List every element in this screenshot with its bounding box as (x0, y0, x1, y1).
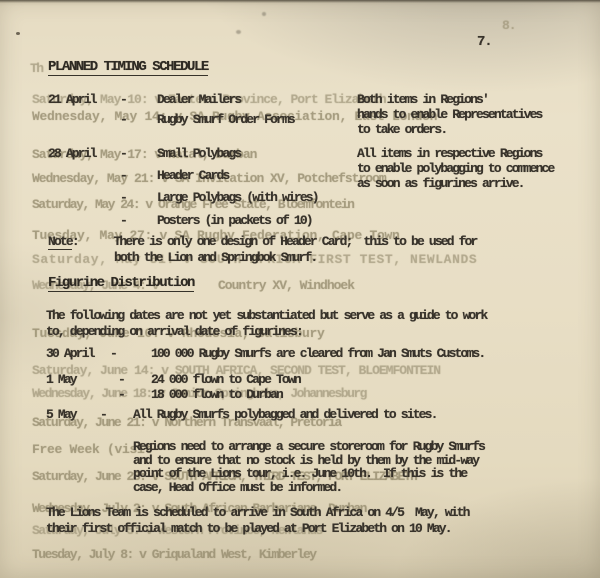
dash: - (118, 388, 124, 401)
schedule-item: Posters (in packets of 10) (157, 214, 312, 227)
dash: - (120, 191, 126, 204)
schedule-item: Rugby Smurf Order Forms (157, 113, 294, 126)
figurine-item: 24 000 flown to Cape Town (151, 373, 300, 386)
note-line: Note: There is only one design of Header… (48, 235, 477, 250)
paragraph-line: The Lions Team is scheduled to arrive in… (46, 506, 469, 519)
document-heading: PLANNED TIMING SCHEDULE (48, 61, 208, 76)
figurine-date: 1 May (46, 373, 76, 386)
heading-text: PLANNED TIMING SCHEDULE (48, 61, 208, 76)
schedule-item: Dealer Mailers (157, 93, 240, 106)
schedule-note-line: as soon as figurines arrive. (357, 177, 524, 190)
paper-speck (236, 30, 241, 34)
figurine-date: 5 May (46, 408, 76, 421)
schedule-date: 21 April (48, 93, 96, 106)
schedule-note-line: to take orders. (357, 123, 446, 136)
schedule-note-line: All items in respective Regions (357, 147, 542, 160)
figurine-date: 30 April (46, 347, 94, 360)
paragraph-line: case, Head Office must be informed. (133, 481, 341, 494)
dash: - (120, 113, 126, 126)
paragraph-line: to, depending on arrival date of figurin… (46, 325, 302, 338)
paper-top-edge-shadow (0, 0, 600, 3)
figurine-item: 100 000 Rugby Smurfs are cleared from Ja… (151, 347, 484, 360)
section-heading: Figurine Distribution (48, 277, 194, 292)
dash: - (100, 408, 106, 421)
paper-speck (262, 12, 266, 16)
paper-speck (16, 32, 20, 35)
figurine-item: 18 000 flown to Durban (151, 388, 282, 401)
dash: - (110, 347, 116, 360)
dash: - (118, 373, 124, 386)
schedule-note-line: Both items in Regions' (357, 93, 488, 106)
schedule-date: 28 April (48, 147, 96, 160)
paragraph-line: point of the Lions tour, i.e. June 10th.… (133, 467, 466, 480)
paragraph-line: Regions need to arrange a secure storero… (133, 440, 484, 453)
paragraph-line: The following dates are not yet substant… (46, 309, 486, 322)
ghost-text-line: Country XV, Windhoek (218, 279, 354, 292)
page-number: 7. (477, 36, 491, 49)
dash: - (120, 93, 126, 106)
section-heading-text: Figurine Distribution (48, 277, 194, 292)
ghost-text-fragment: Th (30, 62, 43, 75)
note-text: : There is only one design of Header Car… (72, 234, 477, 249)
schedule-note-line: to enable polybagging to commence (357, 162, 553, 175)
ghost-text-line: Tuesday, July 8: v Griqualand West, Kimb… (32, 548, 316, 561)
figurine-item: All Rugby Smurfs polybagged and delivere… (133, 408, 437, 421)
note-line: both the Lion and Springbok Smurf. (114, 251, 316, 264)
schedule-item: Small Polybags (157, 147, 240, 160)
note-label: Note (48, 235, 72, 250)
schedule-note-line: hands to enable Representatives (357, 108, 542, 121)
schedule-item: Large Polybags (with wires) (157, 191, 318, 204)
dash: - (120, 147, 126, 160)
schedule-item: Header Cards (157, 169, 228, 182)
paragraph-line: their first official match to be played … (46, 522, 451, 535)
dash: - (120, 169, 126, 182)
scanned-document-page: Saturday, May 10: v Eastern Province, Po… (0, 0, 600, 578)
dash: - (120, 214, 126, 227)
ghost-page-number: 8. (502, 19, 516, 32)
